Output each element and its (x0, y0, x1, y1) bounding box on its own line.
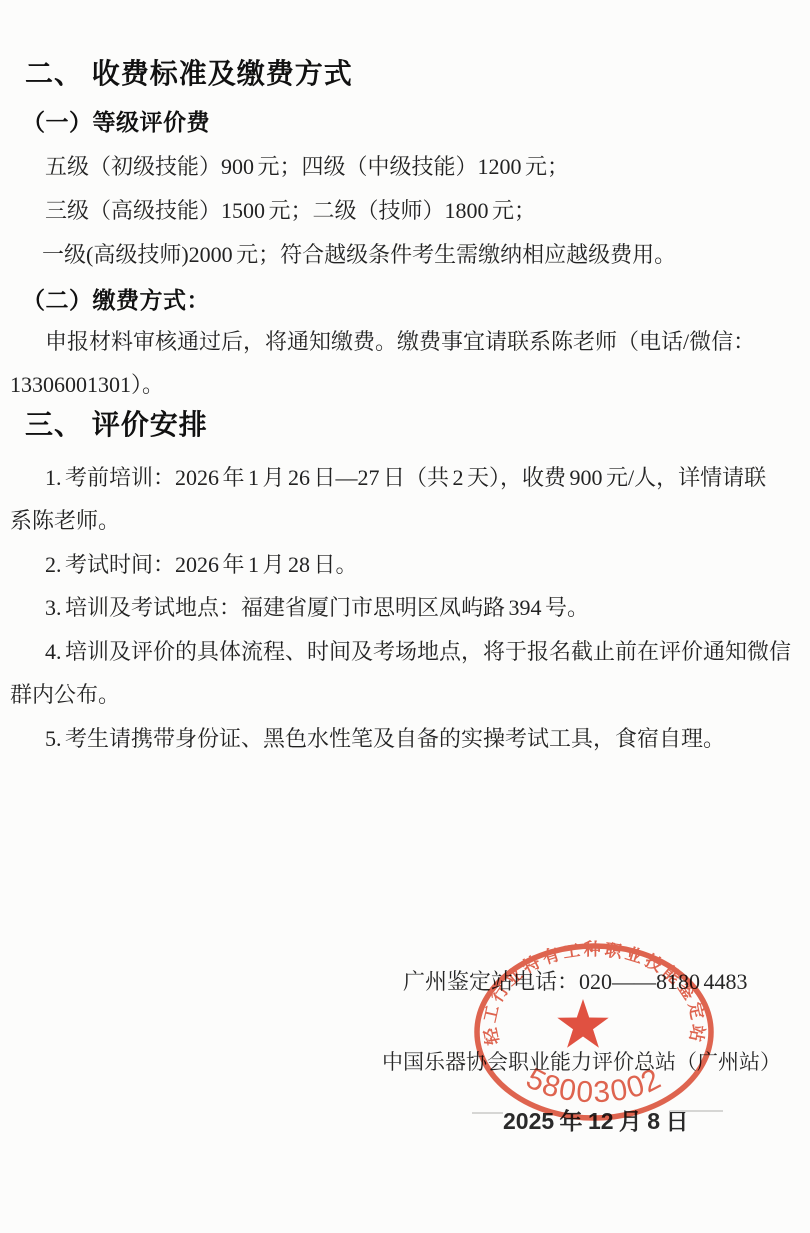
fee-line-level1: 一级(高级技师)2000 元；符合越级条件考生需缴纳相应越级费用。 (42, 238, 676, 269)
svg-text:58003002: 58003002 (521, 1062, 667, 1109)
payment-line-2: 13306001301）。 (10, 368, 164, 399)
official-seal-stamp: 轻工行业特有工种职业技能鉴定站 58003002 (455, 928, 735, 1128)
section3-heading: 三、 评价安排 (25, 403, 208, 443)
arrangement-item-1-cont: 系陈老师。 (10, 504, 120, 535)
fee-line-level3-2: 三级（高级技能）1500 元；二级（技师）1800 元； (45, 194, 536, 225)
arrangement-item-1: 1. 考前培训：2026 年 1 月 26 日—27 日（共 2 天），收费 9… (45, 461, 766, 492)
section2-sub2-heading: （二）缴费方式： (22, 282, 210, 315)
arrangement-item-5: 5. 考生请携带身份证、黑色水性笔及自备的实操考试工具，食宿自理。 (45, 722, 725, 753)
svg-text:轻工行业特有工种职业技能鉴定站: 轻工行业特有工种职业技能鉴定站 (479, 940, 708, 1047)
seal-ring-text: 轻工行业特有工种职业技能鉴定站 (479, 940, 708, 1047)
section2-sub1-heading: （一）等级评价费 (22, 104, 210, 137)
arrangement-item-3: 3. 培训及考试地点：福建省厦门市思明区凤屿路 394 号。 (45, 591, 589, 622)
arrangement-item-4-cont: 群内公布。 (10, 678, 120, 709)
seal-number: 58003002 (521, 1062, 667, 1109)
arrangement-item-2: 2. 考试时间：2026 年 1 月 28 日。 (45, 548, 358, 579)
arrangement-item-4: 4. 培训及评价的具体流程、时间及考场地点，将于报名截止前在评价通知微信 (45, 635, 791, 666)
scanned-notice-page: 二、 收费标准及缴费方式 （一）等级评价费 五级（初级技能）900 元；四级（中… (0, 0, 810, 1233)
section2-heading: 二、 收费标准及缴费方式 (25, 52, 353, 92)
payment-line-1: 申报材料审核通过后，将通知缴费。缴费事宜请联系陈老师（电话/微信： (45, 325, 755, 356)
fee-line-level5-4: 五级（初级技能）900 元；四级（中级技能）1200 元； (45, 150, 569, 181)
seal-star-icon (557, 999, 608, 1048)
